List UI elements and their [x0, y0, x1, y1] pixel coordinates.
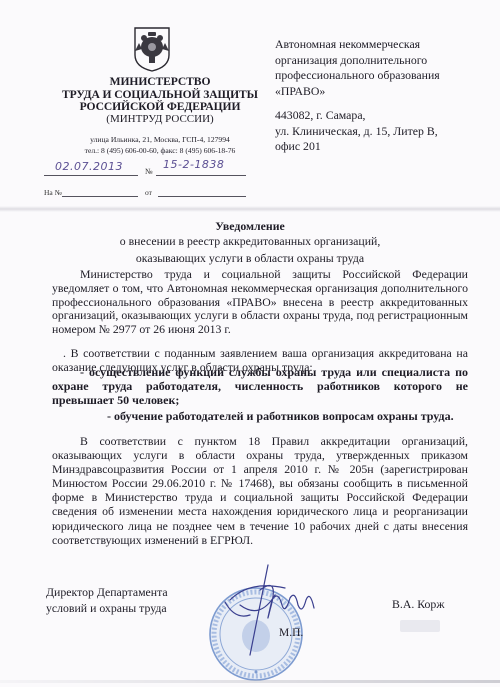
ministry-street-address: улица Ильинка, 21, Москва, ГСП-4, 127994: [60, 135, 260, 146]
signer-position-line-1: Директор Департамента: [46, 585, 168, 601]
ministry-name: МИНИСТЕРСТВО ТРУДА И СОЦИАЛЬНОЙ ЗАЩИТЫ Р…: [60, 76, 260, 114]
signer-position-line-2: условий и охраны труда: [46, 601, 168, 617]
recipient-line-4: «ПРАВО»: [275, 84, 495, 100]
ministry-short-name: (МИНТРУД РОССИИ): [60, 113, 260, 125]
recipient-address-line-1: 443082, г. Самара,: [275, 108, 495, 124]
ministry-line-3: РОССИЙСКОЙ ФЕДЕРАЦИИ: [60, 101, 260, 114]
recipient-line-3: профессионального образования: [275, 68, 495, 84]
ministry-phone-fax: тел.: 8 (495) 606-00-60, факс: 8 (495) 6…: [60, 146, 260, 157]
coat-of-arms-icon: [131, 25, 173, 73]
ministry-address: улица Ильинка, 21, Москва, ГСП-4, 127994…: [60, 135, 260, 156]
signer-position: Директор Департамента условий и охраны т…: [46, 585, 168, 616]
service-item-2: - обучение работодателей и работников во…: [52, 410, 468, 424]
reference-from-label: от: [145, 188, 152, 197]
subtitle-line-2: оказывающих услуги в области охраны труд…: [0, 250, 500, 267]
document-page: МИНИСТЕРСТВО ТРУДА И СОЦИАЛЬНОЙ ЗАЩИТЫ Р…: [0, 0, 500, 687]
reference-underline: [62, 196, 138, 197]
service-item-1: - осуществление функций службы охраны тр…: [52, 365, 468, 408]
faint-registration-stamp: [400, 620, 440, 632]
document-title: Уведомление: [0, 219, 500, 233]
handwritten-signature: [210, 560, 330, 665]
seal-place-label: М.П.: [279, 627, 303, 639]
reference-from-underline: [158, 196, 246, 197]
number-underline: [156, 175, 246, 176]
reference-label: На №: [44, 188, 62, 197]
recipient-line-1: Автономная некоммерческая: [275, 37, 495, 53]
recipient-name: Автономная некоммерческая организация до…: [275, 37, 495, 99]
date-underline: [44, 175, 138, 176]
recipient-address-line-2: ул. Клиническая, д. 15, Литер В,: [275, 124, 495, 140]
document-subtitle: о внесении в реестр аккредитованных орга…: [0, 233, 500, 266]
recipient-address-line-3: офис 201: [275, 139, 495, 155]
recipient-address: 443082, г. Самара, ул. Клиническая, д. 1…: [275, 108, 495, 155]
subtitle-line-1: о внесении в реестр аккредитованных орга…: [0, 233, 500, 250]
paragraph-obligations: В соответствии с пунктом 18 Правил аккре…: [52, 434, 468, 547]
page-bottom-edge: [0, 680, 500, 683]
ministry-line-1: МИНИСТЕРСТВО: [60, 76, 260, 89]
outgoing-number: 15-2-1838: [163, 158, 224, 171]
outgoing-date: 02.07.2013: [55, 160, 123, 173]
number-label: №: [145, 167, 153, 176]
paper-fold: [0, 206, 500, 212]
paragraph-registration: Министерство труда и социальной защиты Р…: [52, 268, 468, 337]
recipient-line-2: организация дополнительного: [275, 53, 495, 69]
signer-name: В.А. Корж: [392, 597, 444, 612]
